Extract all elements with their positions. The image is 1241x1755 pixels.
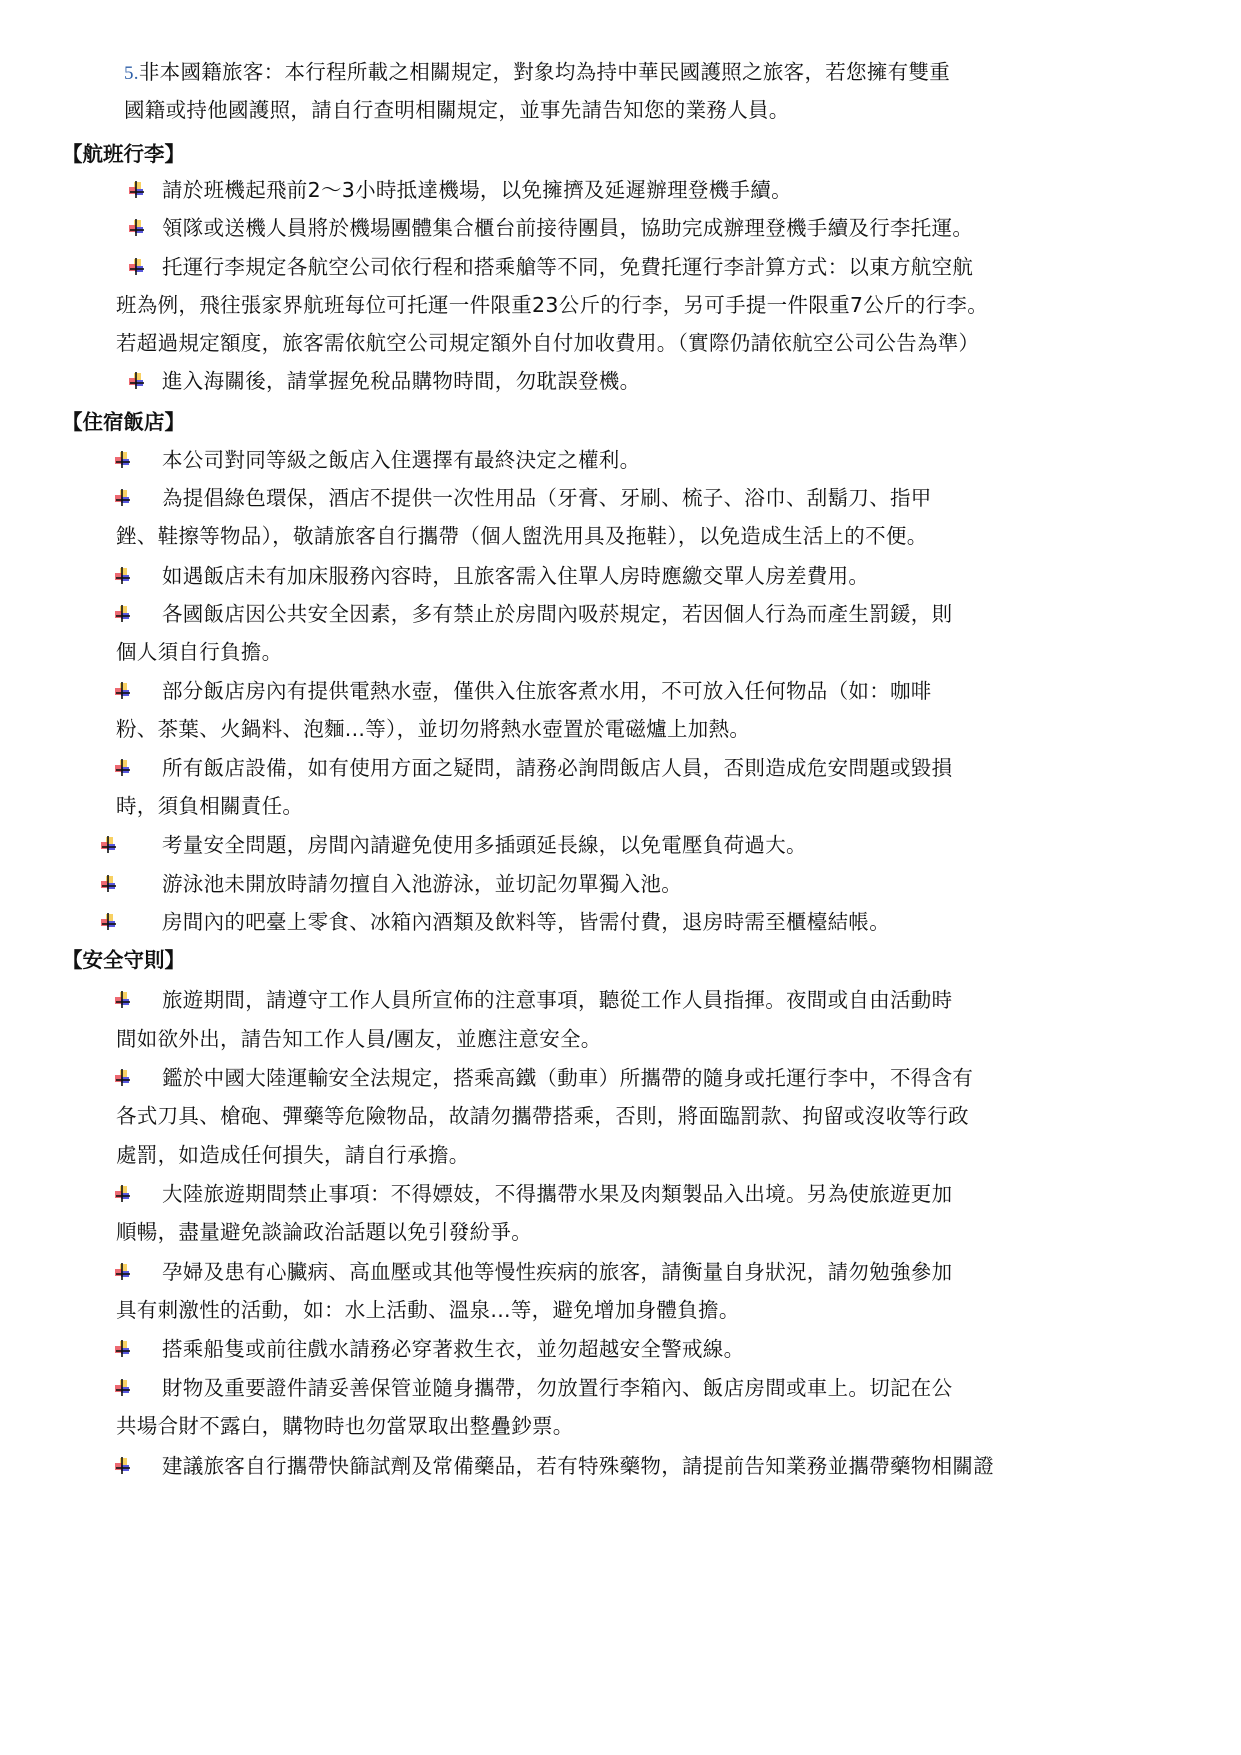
- colored-squares-bullet-icon: [126, 179, 146, 199]
- list-item-line: 房間內的吧臺上零食、冰箱內酒類及飲料等，皆需付費，退房時需至櫃檯結帳。: [162, 908, 890, 936]
- list-item-line: 粉、茶葉、火鍋料、泡麵...等），並切勿將熱水壺置於電磁爐上加熱。: [116, 715, 750, 743]
- list-item-line: 財物及重要證件請妥善保管並隨身攜帶，勿放置行李箱內、飯店房間或車上。切記在公: [162, 1374, 952, 1402]
- colored-squares-bullet-icon: [112, 680, 132, 700]
- colored-squares-bullet-icon: [112, 449, 132, 469]
- colored-squares-bullet-icon: [112, 989, 132, 1009]
- list-item-line: 進入海關後，請掌握免稅品購物時間，勿耽誤登機。: [162, 367, 640, 395]
- list-item-line: 具有刺激性的活動，如：水上活動、溫泉...等，避免增加身體負擔。: [116, 1296, 740, 1324]
- list-item-line: 若超過規定額度，旅客需依航空公司規定額外自付加收費用。（實際仍請依航空公司公告為…: [116, 329, 979, 357]
- section-heading-safety-rules: 【安全守則】: [62, 946, 185, 974]
- list-item-line: 旅遊期間，請遵守工作人員所宣佈的注意事項，聽從工作人員指揮。夜間或自由活動時: [162, 986, 952, 1014]
- colored-squares-bullet-icon: [112, 1377, 132, 1397]
- colored-squares-bullet-icon: [112, 1338, 132, 1358]
- colored-squares-bullet-icon: [112, 603, 132, 623]
- list-item-line: 班為例，飛往張家界航班每位可托運一件限重23公斤的行李，另可手提一件限重7公斤的…: [116, 291, 988, 319]
- section-heading-flight-baggage: 【航班行李】: [62, 140, 185, 168]
- colored-squares-bullet-icon: [112, 1183, 132, 1203]
- colored-squares-bullet-icon: [98, 911, 118, 931]
- intro-line-2: 國籍或持他國護照，請自行查明相關規定，並事先請告知您的業務人員。: [124, 96, 790, 124]
- intro-line-1: 5.非本國籍旅客：本行程所載之相關規定，對象均為持中華民國護照之旅客，若您擁有雙…: [124, 58, 950, 88]
- list-item-line: 請於班機起飛前2～3小時抵達機場，以免擁擠及延遲辦理登機手續。: [162, 176, 792, 204]
- list-item-line: 處罰，如造成任何損失，請自行承擔。: [116, 1141, 470, 1169]
- list-item-line: 孕婦及患有心臟病、高血壓或其他等慢性疾病的旅客，請衡量自身狀況，請勿勉強參加: [162, 1258, 952, 1286]
- list-item-line: 本公司對同等級之飯店入住選擇有最終決定之權利。: [162, 446, 640, 474]
- list-item-line: 間如欲外出，請告知工作人員/團友，並應注意安全。: [116, 1025, 602, 1053]
- list-item-line: 鑑於中國大陸運輸安全法規定，搭乘高鐵（動車）所攜帶的隨身或托運行李中，不得含有: [162, 1064, 973, 1092]
- colored-squares-bullet-icon: [112, 565, 132, 585]
- colored-squares-bullet-icon: [112, 757, 132, 777]
- list-item-line: 個人須自行負擔。: [116, 638, 282, 666]
- list-item-line: 考量安全問題，房間內請避免使用多插頭延長線，以免電壓負荷過大。: [162, 831, 807, 859]
- colored-squares-bullet-icon: [112, 1067, 132, 1087]
- list-item-line: 共場合財不露白，購物時也勿當眾取出整疊鈔票。: [116, 1412, 574, 1440]
- colored-squares-bullet-icon: [98, 834, 118, 854]
- list-item-line: 時，須負相關責任。: [116, 792, 303, 820]
- list-item-line: 如遇飯店未有加床服務內容時，且旅客需入住單人房時應繳交單人房差費用。: [162, 562, 869, 590]
- list-item-line: 順暢，盡量避免談論政治話題以免引發紛爭。: [116, 1218, 532, 1246]
- list-item-line: 托運行李規定各航空公司依行程和搭乘艙等不同，免費托運行李計算方式：以東方航空航: [162, 253, 973, 281]
- colored-squares-bullet-icon: [112, 1261, 132, 1281]
- list-item-line: 各國飯店因公共安全因素，多有禁止於房間內吸菸規定，若因個人行為而產生罰鍰，則: [162, 600, 952, 628]
- list-item-line: 游泳池未開放時請勿擅自入池游泳，並切記勿單獨入池。: [162, 870, 682, 898]
- list-item-line: 所有飯店設備，如有使用方面之疑問，請務必詢問飯店人員，否則造成危安問題或毀損: [162, 754, 952, 782]
- list-item-line: 搭乘船隻或前往戲水請務必穿著救生衣，並勿超越安全警戒線。: [162, 1335, 744, 1363]
- list-item-line: 部分飯店房內有提供電熱水壺，僅供入住旅客煮水用，不可放入任何物品（如：咖啡: [162, 677, 932, 705]
- colored-squares-bullet-icon: [98, 873, 118, 893]
- list-item-line: 大陸旅遊期間禁止事項：不得嫖妓，不得攜帶水果及肉類製品入出境。另為使旅遊更加: [162, 1180, 952, 1208]
- intro-number: 5.: [124, 63, 139, 84]
- colored-squares-bullet-icon: [126, 256, 146, 276]
- list-item-line: 各式刀具、槍砲、彈藥等危險物品，故請勿攜帶搭乘，否則，將面臨罰款、拘留或沒收等行…: [116, 1102, 969, 1130]
- list-item-line: 銼、鞋擦等物品），敬請旅客自行攜帶（個人盥洗用具及拖鞋），以免造成生活上的不便。: [116, 522, 928, 550]
- section-heading-hotel-accommodation: 【住宿飯店】: [62, 408, 185, 436]
- colored-squares-bullet-icon: [126, 370, 146, 390]
- list-item-line: 為提倡綠色環保，酒店不提供一次性用品（牙膏、牙刷、梳子、浴巾、刮鬍刀、指甲: [162, 484, 932, 512]
- colored-squares-bullet-icon: [112, 487, 132, 507]
- list-item-line: 領隊或送機人員將於機場團體集合櫃台前接待團員，協助完成辦理登機手續及行李托運。: [162, 214, 973, 242]
- colored-squares-bullet-icon: [126, 217, 146, 237]
- list-item-line: 建議旅客自行攜帶快篩試劑及常備藥品，若有特殊藥物，請提前告知業務並攜帶藥物相關證: [162, 1452, 994, 1480]
- colored-squares-bullet-icon: [112, 1455, 132, 1475]
